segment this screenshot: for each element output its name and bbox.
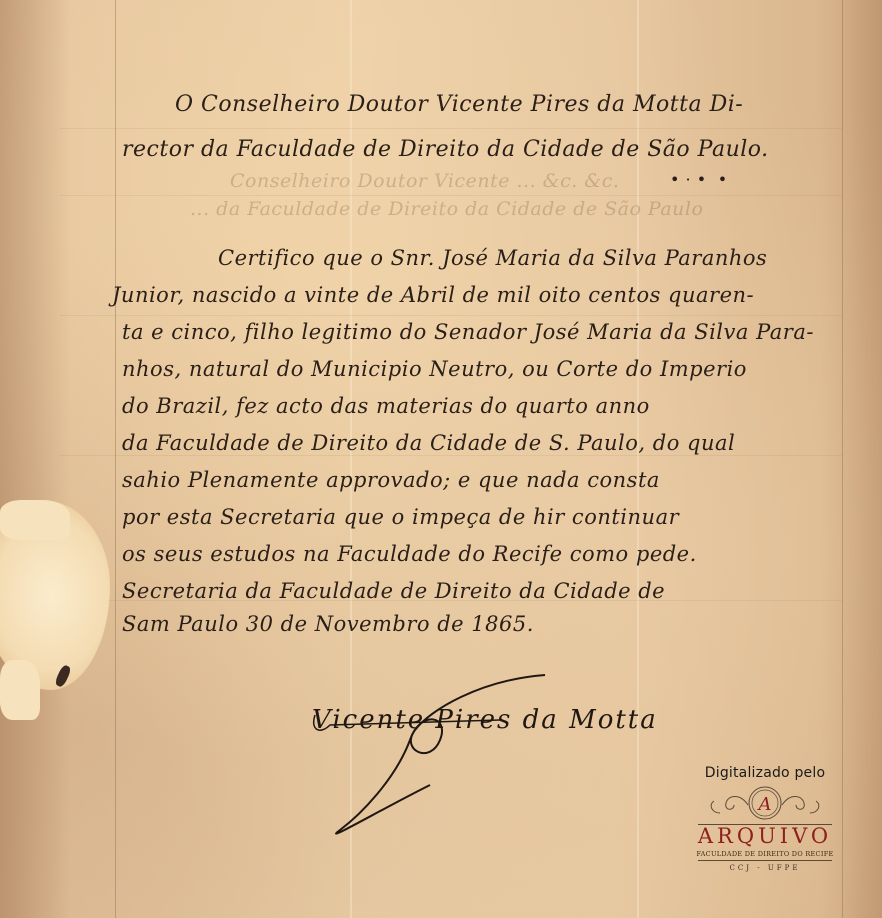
body-line-date: Sam Paulo 30 de Novembro de 1865. bbox=[122, 612, 534, 636]
watermark-subtitle: FACULDADE DE DIREITO DO RECIFE bbox=[690, 850, 840, 858]
divider bbox=[698, 860, 832, 861]
watermark-name: ARQUIVO bbox=[690, 824, 840, 848]
ruled-line bbox=[60, 455, 842, 456]
archive-emblem-icon: A bbox=[700, 783, 830, 823]
ink-marks: • · • • bbox=[670, 170, 728, 189]
archive-watermark: Digitalizado pelo A ARQUIVO FACULDADE DE… bbox=[690, 765, 840, 872]
edge-discoloration bbox=[0, 0, 70, 918]
signature-flourish bbox=[300, 670, 560, 840]
watermark-unit: CCJ - UFPE bbox=[690, 864, 840, 872]
bleedthrough-text: Conselheiro Doutor Vicente ... &c. &c. bbox=[230, 170, 619, 192]
bleedthrough-text: ... da Faculdade de Direito da Cidade de… bbox=[190, 198, 703, 220]
body-line: os seus estudos na Faculdade do Recife c… bbox=[122, 542, 697, 566]
body-line: da Faculdade de Direito da Cidade de S. … bbox=[122, 431, 735, 455]
seal-paper-tab bbox=[0, 500, 70, 540]
body-line: ta e cinco, filho legitimo do Senador Jo… bbox=[122, 320, 814, 344]
body-line: sahio Plenamente approvado; e que nada c… bbox=[122, 468, 660, 492]
left-margin-rule bbox=[115, 0, 116, 918]
heading-line-1: O Conselheiro Doutor Vicente Pires da Mo… bbox=[175, 92, 743, 117]
body-line: Secretaria da Faculdade de Direito da Ci… bbox=[122, 579, 665, 603]
body-line: nhos, natural do Municipio Neutro, ou Co… bbox=[122, 357, 747, 381]
body-line: do Brazil, fez acto das materias do quar… bbox=[122, 394, 650, 418]
scanned-document-page: O Conselheiro Doutor Vicente Pires da Mo… bbox=[0, 0, 882, 918]
seal-paper-tab bbox=[0, 660, 40, 720]
heading-line-2: rector da Faculdade de Direito da Cidade… bbox=[122, 137, 769, 162]
body-line: por esta Secretaria que o impeça de hir … bbox=[122, 505, 679, 529]
ruled-line bbox=[60, 195, 842, 196]
body-line: Junior, nascido a vinte de Abril de mil … bbox=[112, 283, 754, 307]
ruled-line bbox=[60, 128, 842, 129]
signature: Vicente Pires da Motta bbox=[312, 705, 658, 735]
body-line: Certifico que o Snr. José Maria da Silva… bbox=[218, 246, 767, 270]
svg-text:A: A bbox=[757, 794, 772, 815]
watermark-label: Digitalizado pelo bbox=[690, 765, 840, 781]
ruled-line bbox=[60, 315, 842, 316]
